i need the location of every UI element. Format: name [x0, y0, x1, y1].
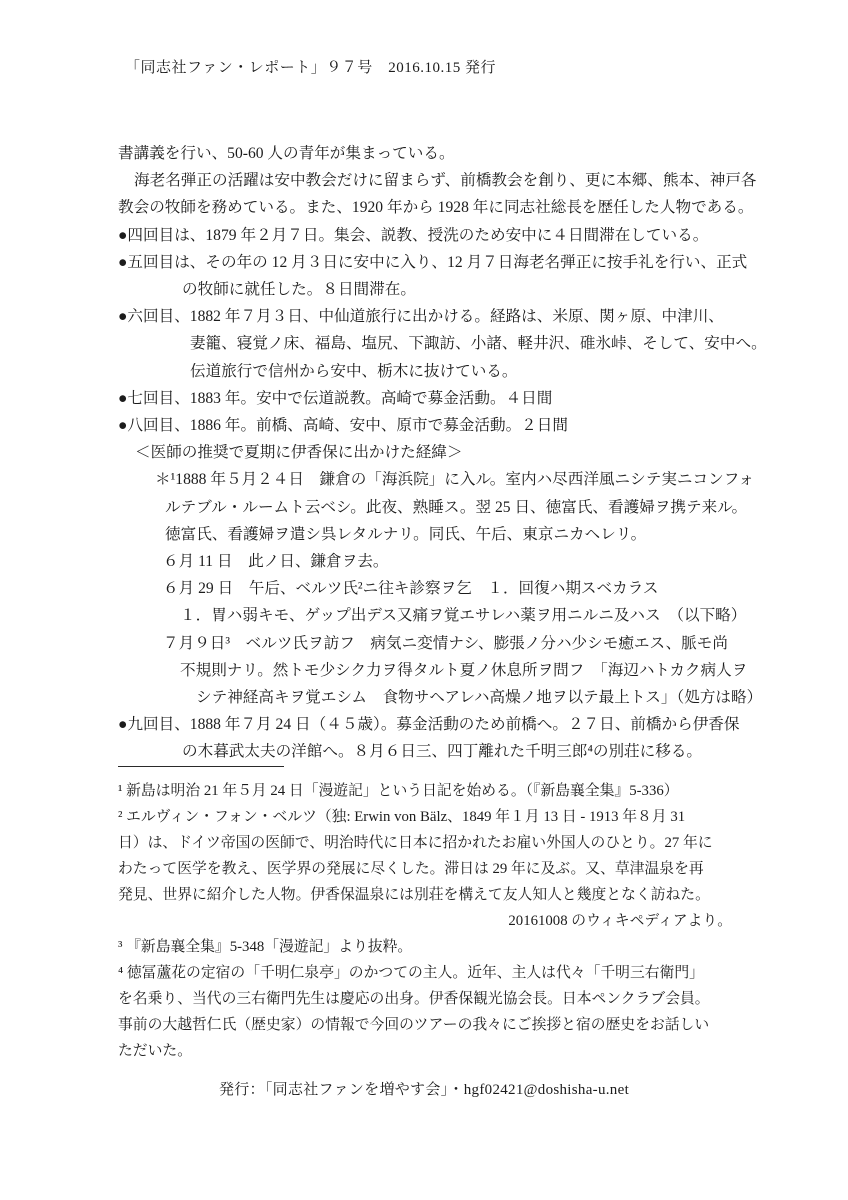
body-line: 不規則ナリ。然トモ少シク力ヲ得タルト夏ノ休息所ヲ問フ 「海辺ハトカク病人ヲ [118, 657, 738, 684]
body-line: ６月 29 日 午后、ベルツ氏²ニ往キ診察ヲ乞 １．回復ハ期スベカラス [118, 575, 738, 602]
body-line: 書講義を行い、50-60 人の青年が集まっている。 [118, 140, 738, 167]
body-line: ＊¹1888 年５月２４日 鎌倉の「海浜院」に入ル。室内ハ尽西洋風ニシテ実ニコン… [118, 466, 738, 493]
footnote-line: 事前の大越哲仁氏（歴史家）の情報で今回のツアーの我々にご挨拶と宿の歴史をお話しい [118, 1012, 736, 1038]
footnote-separator [118, 766, 284, 767]
footnote-line: 20161008 のウィキペディアより。 [118, 908, 736, 934]
body-line: ７月９日³ ベルツ氏ヲ訪フ 病気ニ変情ナシ、膨張ノ分ハ少シモ癒エス、脈モ尚 [118, 630, 738, 657]
body-line: の牧師に就任した。８日間滞在。 [118, 276, 738, 303]
body-line: ●七回目、1883 年。安中で伝道説教。高崎で募金活動。４日間 [118, 385, 738, 412]
footnote-line: を名乗り、当代の三右衛門先生は慶応の出身。伊香保観光協会長。日本ペンクラブ会員。 [118, 986, 736, 1012]
footnote-line: 発見、世界に紹介した人物。伊香保温泉には別荘を構えて友人知人と幾度となく訪ねた。 [118, 882, 736, 908]
body-line: ●四回目は、1879 年２月７日。集会、説教、授洗のため安中に４日間滞在している… [118, 222, 738, 249]
footnote-line: ² エルヴィン・フォン・ベルツ（独: Erwin von Bälz、1849 年… [118, 804, 736, 830]
body-line: 教会の牧師を務めている。また、1920 年から 1928 年に同志社総長を歴任し… [118, 194, 738, 221]
footnote-line: ⁴ 徳冨蘆花の定宿の「千明仁泉亭」のかつての主人。近年、主人は代々「千明三右衛門… [118, 960, 736, 986]
footnote-line: ³ 『新島襄全集』5-348「漫遊記」より抜粋。 [118, 934, 736, 960]
body-line: 海老名弾正の活躍は安中教会だけに留まらず、前橋教会を創り、更に本郷、熊本、神戸各 [118, 167, 738, 194]
body-line: の木暮武太夫の洋館へ。８月６日三、四丁離れた千明三郎⁴の別荘に移る。 [118, 738, 738, 765]
body-line: 妻籠、寝覚ノ床、福島、塩尻、下諏訪、小諸、軽井沢、碓氷峠、そして、安中へ。 [118, 330, 738, 357]
body-text: 書講義を行い、50-60 人の青年が集まっている。 海老名弾正の活躍は安中教会だ… [118, 140, 738, 766]
body-line: １．胃ハ弱キモ、ゲップ出デス又痛ヲ覚エサレハ薬ヲ用ニルニ及ハス （以下略） [118, 602, 738, 629]
footnote-line: ただいた。 [118, 1038, 736, 1064]
document-page: 「同志社ファン・レポート」９７号 2016.10.15 発行 書講義を行い、50… [0, 0, 848, 1200]
footnote-line: ¹ 新島は明治 21 年５月 24 日「漫遊記」という日記を始める。（『新島襄全… [118, 778, 736, 804]
publisher-footer: 発行：「同志社ファンを増やす会」・hgf02421@doshisha-u.net [0, 1078, 848, 1099]
body-line: ●八回目、1886 年。前橋、高崎、安中、原市で募金活動。２日間 [118, 412, 738, 439]
newsletter-header: 「同志社ファン・レポート」９７号 2016.10.15 発行 [125, 56, 496, 77]
body-line: ●五回目は、その年の 12 月３日に安中に入り、12 月７日海老名弾正に按手礼を… [118, 249, 738, 276]
body-line: 伝道旅行で信州から安中、栃木に抜けている。 [118, 358, 738, 385]
body-line: ●九回目、1888 年７月 24 日（４５歳）。募金活動のため前橋へ。２７日、前… [118, 711, 738, 738]
body-line: ルテブル・ルームト云ベシ。此夜、熟睡ス。翌 25 日、徳富氏、看護婦ヲ携テ来ル。 [118, 494, 738, 521]
body-line: 徳富氏、看護婦ヲ遣シ呉レタルナリ。同氏、午后、東京ニカヘレリ。 [118, 521, 738, 548]
body-line: シテ神経高キヲ覚エシム 食物サヘアレハ高燥ノ地ヲ以テ最上トス」（処方は略） [118, 684, 738, 711]
body-line: ６月 11 日 此ノ日、鎌倉ヲ去。 [118, 548, 738, 575]
body-line: ＜医師の推奨で夏期に伊香保に出かけた経緯＞ [118, 439, 738, 466]
footnote-line: 日）は、ドイツ帝国の医師で、明治時代に日本に招かれたお雇い外国人のひとり。27 … [118, 830, 736, 856]
footnotes: ¹ 新島は明治 21 年５月 24 日「漫遊記」という日記を始める。（『新島襄全… [118, 778, 736, 1064]
footnote-line: わたって医学を教え、医学界の発展に尽くした。滞日は 29 年に及ぶ。又、草津温泉… [118, 856, 736, 882]
body-line: ●六回目、1882 年７月３日、中仙道旅行に出かける。経路は、米原、関ヶ原、中津… [118, 303, 738, 330]
